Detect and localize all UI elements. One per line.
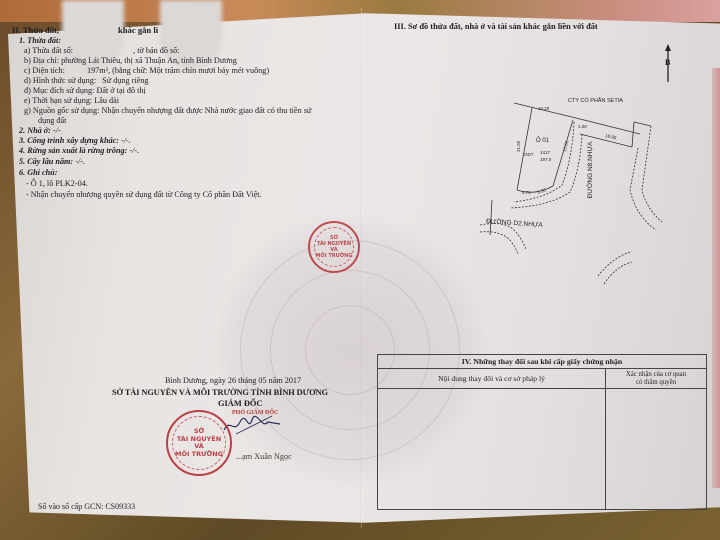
- issue-date: Bình Dương, ngày 26 tháng 05 năm 2017: [165, 376, 301, 385]
- svg-text:4.70: 4.70: [522, 190, 531, 195]
- note-item: - Ô 1, lô PLK2-04.: [26, 179, 88, 189]
- section-other-construction: 3. Công trình xây dựng khác: -/-.: [19, 136, 131, 146]
- svg-text:ĐƯỜNG N8.NHỰA: ĐƯỜNG N8.NHỰA: [585, 141, 594, 198]
- gcn-registry-number: Số vào sổ cấp GCN: CS09333: [38, 502, 135, 511]
- note-item: - Nhận chuyển nhượng quyền sử dụng đất t…: [26, 190, 262, 200]
- section-title-left: II. Thửa đất,: [12, 25, 59, 35]
- svg-text:Ô 01: Ô 01: [536, 137, 550, 144]
- changes-content-cell: [378, 389, 606, 509]
- svg-text:CTY CỔ PHẦN SETIA: CTY CỔ PHẦN SETIA: [568, 97, 623, 104]
- north-label: B: [665, 58, 670, 67]
- svg-text:ODT: ODT: [524, 152, 534, 157]
- section-perennial-trees: 5. Cây lâu năm: -/-.: [19, 157, 85, 167]
- field-usage-purpose: đ) Mục đích sử dụng: Đất ở tại đô thị: [24, 86, 146, 96]
- svg-text:17.61: 17.61: [562, 140, 569, 153]
- changes-confirmation-cell: [606, 389, 706, 509]
- signature: [222, 414, 282, 436]
- section-house: 2. Nhà ở: -/-: [19, 126, 61, 136]
- field-usage-form: d) Hình thức sử dụng: Sử dụng riêng: [24, 76, 148, 86]
- signer-name: ...ạm Xuân Ngọc: [236, 452, 292, 461]
- svg-text:5.50: 5.50: [537, 187, 547, 195]
- svg-text:10.20: 10.20: [538, 106, 550, 111]
- changes-table-header: Nội dung thay đổi và cơ sở pháp lý Xác n…: [378, 369, 706, 389]
- field-usage-origin: g) Nguồn gốc sử dụng: Nhận chuyển nhượng…: [24, 106, 311, 116]
- column-header-confirmation: Xác nhận của cơ quan có thẩm quyền: [606, 369, 706, 388]
- changes-table: IV. Những thay đổi sau khi cấp giấy chứn…: [377, 354, 707, 510]
- svg-text:197.0: 197.0: [540, 157, 552, 162]
- signer-title: GIÁM ĐỐC: [218, 399, 262, 408]
- svg-text:ĐƯỜNG D2.NHỰA: ĐƯỜNG D2.NHỰA: [486, 216, 544, 229]
- field-address: b) Địa chỉ: phường Lái Thiêu, thị xã Thu…: [24, 56, 237, 66]
- svg-text:1.00: 1.00: [578, 124, 587, 129]
- parcel-map: CTY CỔ PHẦN SETIA Ô 01 ODT 1417 197.0 10…: [480, 90, 720, 330]
- issuing-authority: SỞ TÀI NGUYÊN VÀ MÔI TRƯỜNG TỈNH BÌNH DƯ…: [112, 388, 328, 397]
- svg-text:10.95: 10.95: [605, 133, 618, 140]
- subsection-parcel: 1. Thửa đất:: [19, 36, 61, 46]
- field-usage-origin-cont: dụng đất: [38, 116, 66, 126]
- official-stamp-middle: SỞ TÀI NGUYÊN VÀ MÔI TRƯỜNG: [308, 221, 360, 273]
- field-usage-term: e) Thời hạn sử dụng: Lâu dài: [24, 96, 119, 106]
- field-parcel-number: a) Thửa đất số: , tờ bản đồ số:: [24, 46, 180, 56]
- official-stamp-signature: SỞ TÀI NGUYÊN VÀ MÔI TRƯỜNG: [166, 410, 232, 476]
- section-notes-title: 6. Ghi chú:: [19, 168, 57, 178]
- section-title-right: III. Sơ đồ thửa đất, nhà ở và tài sản kh…: [394, 22, 598, 31]
- svg-text:1417: 1417: [540, 150, 551, 155]
- field-area: c) Diện tích: 197m², (bằng chữ: Một trăm…: [24, 66, 269, 76]
- section-title-left-cont: khác gắn li: [118, 25, 158, 35]
- column-header-content: Nội dung thay đổi và cơ sở pháp lý: [378, 369, 606, 388]
- svg-text:21.92: 21.92: [516, 140, 521, 152]
- changes-table-body: [378, 389, 706, 509]
- section-forest: 4. Rừng sản xuất là rừng trồng: -/-.: [19, 146, 139, 156]
- changes-table-title: IV. Những thay đổi sau khi cấp giấy chứn…: [378, 355, 706, 369]
